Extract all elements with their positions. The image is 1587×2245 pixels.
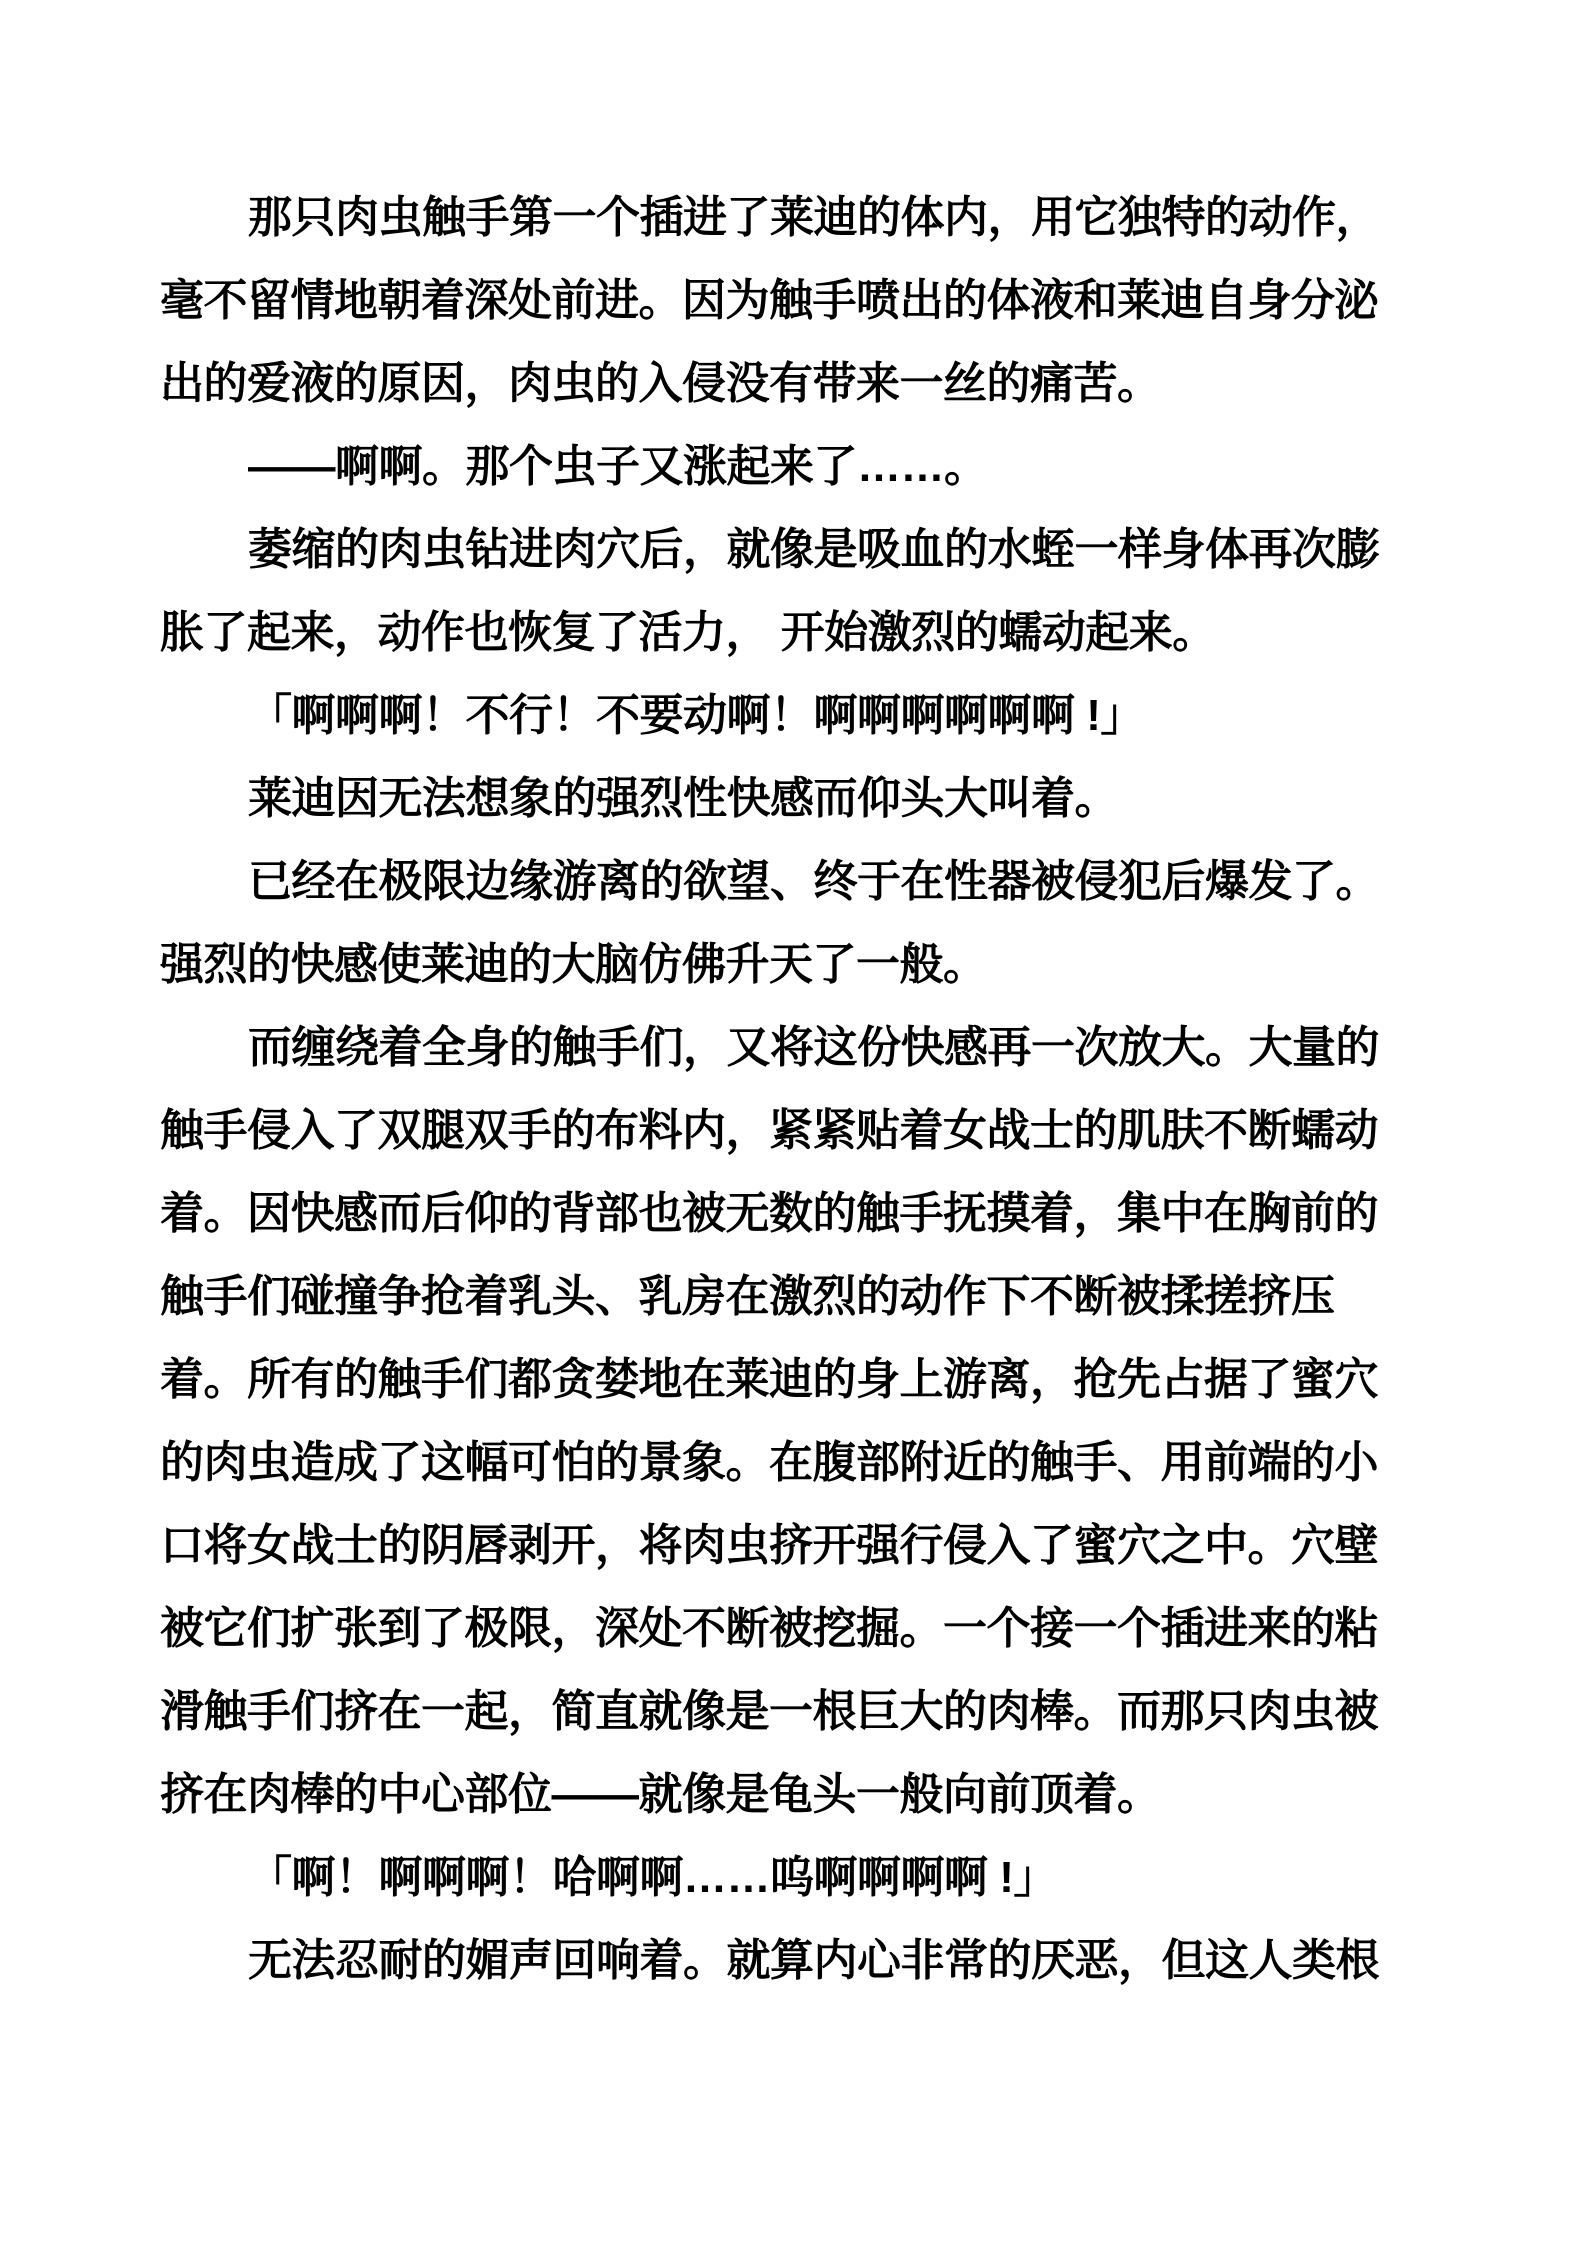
text-line: 着。因快感而后仰的背部也被无数的触手抚摸着，集中在胸前的 [160,1172,1440,1255]
text-line: 着。所有的触手们都贪婪地在莱迪的身上游离，抢先占据了蜜穴 [160,1338,1440,1421]
text-line: 的肉虫造成了这幅可怕的景象。在腹部附近的触手、用前端的小 [160,1421,1440,1504]
text-line: 出的爱液的原因，肉虫的入侵没有带来一丝的痛苦。 [160,342,1440,425]
text-line: 触手们碰撞争抢着乳头、乳房在激烈的动作下不断被揉搓挤压 [160,1255,1440,1338]
text-line: 莱迪因无法想象的强烈性快感而仰头大叫着。 [160,757,1440,840]
text-block: 那只肉虫触手第一个插进了莱迪的体内，用它独特的动作， 毫不留情地朝着深处前进。因… [160,176,1440,2002]
text-line: 「啊啊啊！不行！不要动啊！啊啊啊啊啊啊 !」 [160,674,1440,757]
text-line: 那只肉虫触手第一个插进了莱迪的体内，用它独特的动作， [160,176,1440,259]
text-line: 滑触手们挤在一起，简直就像是一根巨大的肉棒。而那只肉虫被 [160,1670,1440,1753]
text-line: 无法忍耐的媚声回响着。就算内心非常的厌恶，但这人类根 [160,1919,1440,2002]
text-line: 挤在肉棒的中心部位——就像是龟头一般向前顶着。 [160,1753,1440,1836]
text-line: 已经在极限边缘游离的欲望、终于在性器被侵犯后爆发了。 [160,840,1440,923]
text-line: ——啊啊。那个虫子又涨起来了……。 [160,425,1440,508]
text-line: 口将女战士的阴唇剥开，将肉虫挤开强行侵入了蜜穴之中。穴壁 [160,1504,1440,1587]
text-line: 萎缩的肉虫钻进肉穴后，就像是吸血的水蛭一样身体再次膨 [160,508,1440,591]
text-line: 胀了起来，动作也恢复了活力， 开始激烈的蠕动起来。 [160,591,1440,674]
document-page: 那只肉虫触手第一个插进了莱迪的体内，用它独特的动作， 毫不留情地朝着深处前进。因… [0,0,1587,2245]
text-line: 而缠绕着全身的触手们，又将这份快感再一次放大。大量的 [160,1006,1440,1089]
text-line: 触手侵入了双腿双手的布料内，紧紧贴着女战士的肌肤不断蠕动 [160,1089,1440,1172]
text-line: 强烈的快感使莱迪的大脑仿佛升天了一般。 [160,923,1440,1006]
text-line: 「啊！啊啊啊！哈啊啊……呜啊啊啊啊 !」 [160,1836,1440,1919]
text-line: 毫不留情地朝着深处前进。因为触手喷出的体液和莱迪自身分泌 [160,259,1440,342]
text-line: 被它们扩张到了极限，深处不断被挖掘。一个接一个插进来的粘 [160,1587,1440,1670]
